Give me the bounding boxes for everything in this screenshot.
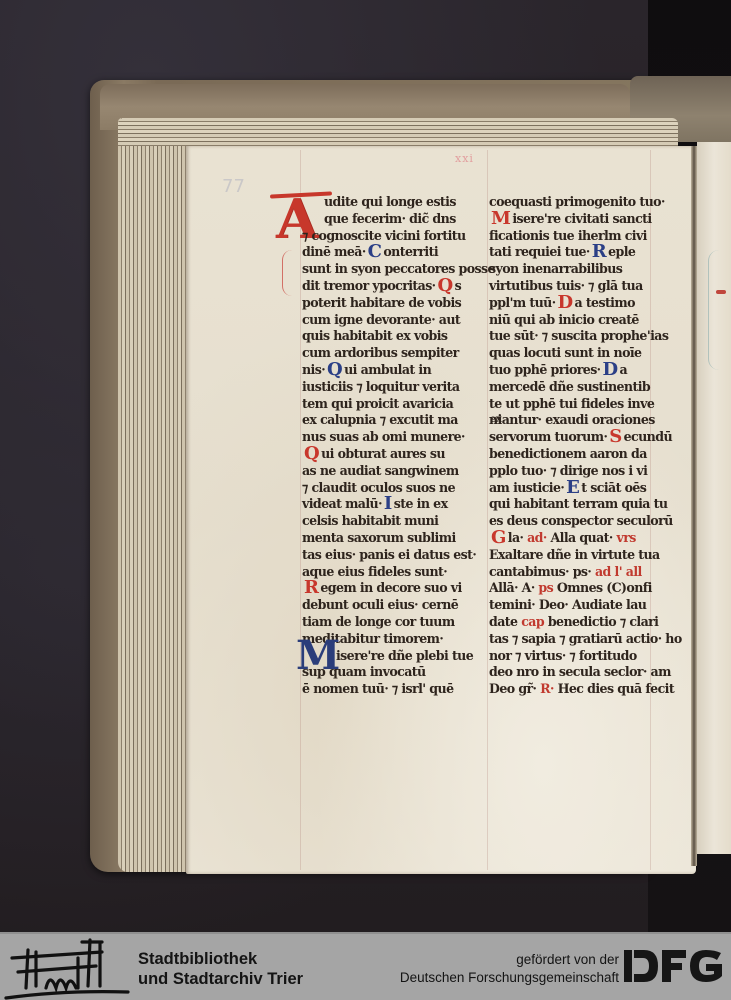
funding-line2: Deutschen Forschungsgemeinschaft xyxy=(400,969,619,987)
manuscript-line: poterit habitare de vobis xyxy=(302,295,486,312)
rubricated-initial: M xyxy=(489,212,512,226)
manuscript-text: Hec dies quā fecit xyxy=(558,681,674,696)
manuscript-text: egem in decore suo vi xyxy=(320,580,461,595)
rubricated-initial: D xyxy=(555,296,574,310)
manuscript-text: benedictio ⁊ clari xyxy=(548,614,659,629)
manuscript-line: sup quam invocatū xyxy=(302,664,486,681)
manuscript-line: que fecerim· dic̃ dns xyxy=(302,211,486,228)
manuscript-text: am iusticie· xyxy=(489,480,564,495)
manuscript-text: tas eius· panis ei datus est· xyxy=(302,547,476,562)
manuscript-line: ficationis tue iherlm civi xyxy=(489,228,649,245)
manuscript-text: tas ⁊ sapia ⁊ gratiarū actio· ho xyxy=(489,631,682,646)
manuscript-line: quas locuti sunt in noīe xyxy=(489,345,649,362)
manuscript-line: sunt in syon peccatores posse xyxy=(302,261,486,278)
manuscript-text: Allā· A· xyxy=(489,580,535,595)
manuscript-line: tas eius· panis ei datus est· xyxy=(302,547,486,564)
manuscript-line: Gla· ad· Alla quat· vrs xyxy=(489,530,649,547)
manuscript-line: nor ⁊ virtus· ⁊ fortitudo xyxy=(489,648,649,665)
manuscript-text: qui habitant terram quia tu xyxy=(489,496,667,511)
manuscript-line: tuo pphē priores·Da xyxy=(489,362,649,379)
rubricated-initial: I xyxy=(382,497,394,511)
manuscript-text: date xyxy=(489,614,517,629)
library-name: Stadtbibliothek und Stadtarchiv Trier xyxy=(138,949,303,989)
manuscript-text: mercedē dñe sustinentib xyxy=(489,379,650,394)
library-name-line2: und Stadtarchiv Trier xyxy=(138,969,303,989)
manuscript-text: a xyxy=(620,362,628,377)
rubricated-initial: G xyxy=(489,531,508,545)
manuscript-text: debunt oculi eius· cernē xyxy=(302,597,458,612)
manuscript-text: deo nro in secula seclor· am xyxy=(489,664,671,679)
page-stack-edge xyxy=(118,118,194,872)
city-skyline-logo-icon xyxy=(4,936,130,1000)
rubric-text: R· xyxy=(540,681,554,696)
manuscript-line: ex calupnia ⁊ excutit maex xyxy=(302,412,486,429)
facing-page-drawing xyxy=(708,250,730,370)
dfg-logo-icon xyxy=(624,948,726,984)
manuscript-text: ste in ex xyxy=(394,496,448,511)
manuscript-line: Qui obturat aures su xyxy=(302,446,486,463)
manuscript-text: servorum tuorum· xyxy=(489,429,607,444)
manuscript-line: Exaltare dñe in virtute tua xyxy=(489,547,649,564)
manuscript-line: nus suas ab omi munere· xyxy=(302,429,486,446)
manuscript-text: nus suas ab omi munere· xyxy=(302,429,465,444)
rubricated-initial: S xyxy=(607,430,623,444)
manuscript-text: que fecerim· dic̃ dns xyxy=(324,211,456,226)
manuscript-text: ui obturat aures su xyxy=(321,446,445,461)
manuscript-line: tem qui proicit avaricia xyxy=(302,396,486,413)
manuscript-line: dinē meā·Conterriti xyxy=(302,244,486,261)
rubricated-initial: R xyxy=(590,245,608,259)
manuscript-line: temini· Deo· Audiate lau xyxy=(489,597,649,614)
manuscript-line: videat malū·Iste in ex xyxy=(302,496,486,513)
manuscript-line: es deus conspector seculorū xyxy=(489,513,649,530)
manuscript-text: a testimo xyxy=(575,295,635,310)
manuscript-text: isere're civitati sancti xyxy=(512,211,651,226)
manuscript-line: Regem in decore suo vi xyxy=(302,580,486,597)
manuscript-line: niū qui ab inicio creatē xyxy=(489,312,649,329)
ruling-line xyxy=(487,150,488,870)
manuscript-text: iusticiis ⁊ loquitur verita xyxy=(302,379,459,394)
manuscript-line: celsis habitabit muni xyxy=(302,513,486,530)
manuscript-text: as ne audiat sangwinem xyxy=(302,463,459,478)
rubricated-initial: Q xyxy=(325,363,344,377)
manuscript-line: servorum tuorum·Secundū xyxy=(489,429,649,446)
manuscript-text: sup quam invocatū xyxy=(302,664,426,679)
manuscript-text: aque eius fideles sunt· xyxy=(302,564,447,579)
manuscript-line: niantur· exaudi oraciones xyxy=(489,412,649,429)
manuscript-text: cum ardoribus sempiter xyxy=(302,345,459,360)
rubric-text: ps xyxy=(538,580,553,595)
manuscript-text: dinē meā· xyxy=(302,244,366,259)
manuscript-line: am iusticie·Et sciāt oēs xyxy=(489,480,649,497)
manuscript-text: Deo gr̃· xyxy=(489,681,536,696)
manuscript-text: nor ⁊ virtus· ⁊ fortitudo xyxy=(489,648,637,663)
manuscript-text: eple xyxy=(608,244,635,259)
manuscript-line: cantabimus· ps· ad l' all xyxy=(489,564,649,581)
pencil-folio-number: 77 xyxy=(222,176,245,197)
manuscript-line: aque eius fideles sunt· xyxy=(302,564,486,581)
manuscript-line: tati requiei tue·Reple xyxy=(489,244,649,261)
manuscript-line: as ne audiat sangwinem xyxy=(302,463,486,480)
manuscript-line: nis·Qui ambulat in xyxy=(302,362,486,379)
manuscript-text: Alla quat· xyxy=(550,530,612,545)
manuscript-line: date cap benedictio ⁊ clari xyxy=(489,614,649,631)
facing-page-edge xyxy=(697,142,731,854)
manuscript-line: tas ⁊ sapia ⁊ gratiarū actio· ho xyxy=(489,631,649,648)
rubricated-initial: Q xyxy=(302,447,321,461)
manuscript-line: ⁊ claudit oculos suos ne xyxy=(302,480,486,497)
manuscript-text: ui ambulat in xyxy=(344,362,431,377)
manuscript-text: isere're dñe plebi tue xyxy=(336,648,473,663)
manuscript-text: quas locuti sunt in noīe xyxy=(489,345,641,360)
manuscript-text: ecundū xyxy=(624,429,672,444)
rubricated-initial: R xyxy=(302,581,320,595)
rubricated-initial: E xyxy=(564,481,581,495)
manuscript-text: ficationis tue iherlm civi xyxy=(489,228,647,243)
manuscript-text: coequasti primogenito tuo· xyxy=(489,194,665,209)
rubricated-initial: C xyxy=(366,245,384,259)
rubric-text: cap xyxy=(521,614,544,629)
rubricated-initial: D xyxy=(600,363,619,377)
manuscript-line: iusticiis ⁊ loquitur verita xyxy=(302,379,486,396)
manuscript-text: ex calupnia ⁊ excutit ma xyxy=(302,412,458,427)
institution-footer: Stadtbibliothek und Stadtarchiv Trier ge… xyxy=(0,932,731,1000)
manuscript-line: qui habitant terram quia tu xyxy=(489,496,649,513)
manuscript-text: tati requiei tue· xyxy=(489,244,590,259)
manuscript-text: pplo tuo· ⁊ dirige nos i vi xyxy=(489,463,647,478)
manuscript-text: cum igne devorante· aut xyxy=(302,312,460,327)
manuscript-line: tiam de longe cor tuum xyxy=(302,614,486,631)
manuscript-line: mercedē dñe sustinentib xyxy=(489,379,649,396)
manuscript-line: syon inenarrabilibus xyxy=(489,261,649,278)
manuscript-line: udite qui longe estis xyxy=(302,194,486,211)
foliation-mark: xxi xyxy=(455,152,474,165)
manuscript-text: es deus conspector seculorū xyxy=(489,513,673,528)
facing-page-rubric-mark xyxy=(716,290,726,294)
manuscript-text: la· xyxy=(508,530,524,545)
manuscript-text: Exaltare dñe in virtute tua xyxy=(489,547,660,562)
funding-statement: gefördert von der Deutschen Forschungsge… xyxy=(400,951,619,987)
manuscript-line: debunt oculi eius· cernē xyxy=(302,597,486,614)
manuscript-text: benedictionem aaron da xyxy=(489,446,647,461)
manuscript-line: tue sūt· ⁊ suscita prophe'ias xyxy=(489,328,649,345)
manuscript-text: sunt in syon peccatores posse xyxy=(302,261,495,276)
manuscript-text: ppl'm tuū· xyxy=(489,295,555,310)
manuscript-text: cantabimus· ps· xyxy=(489,564,591,579)
manuscript-text: niantur· exaudi oraciones xyxy=(489,412,655,427)
manuscript-line: ē nomen tuū· ⁊ isrl' quē xyxy=(302,681,486,698)
manuscript-text: virtutibus tuis· ⁊ glā tua xyxy=(489,278,643,293)
manuscript-text: poterit habitare de vobis xyxy=(302,295,461,310)
text-column-left: udite qui longe estisque fecerim· dic̃ d… xyxy=(302,194,486,698)
rubricated-initial: Q xyxy=(435,279,454,293)
manuscript-text: syon inenarrabilibus xyxy=(489,261,622,276)
manuscript-text: tue sūt· ⁊ suscita prophe'ias xyxy=(489,328,668,343)
manuscript-text: niū qui ab inicio creatē xyxy=(489,312,639,327)
manuscript-line: Deo gr̃· R· Hec dies quā fecit xyxy=(489,681,649,698)
manuscript-text: nis· xyxy=(302,362,325,377)
initial-a-penwork xyxy=(282,250,302,296)
manuscript-text: te ut pphē tui fideles inve xyxy=(489,396,654,411)
page-stack-top-edge xyxy=(118,118,678,146)
manuscript-text: temini· Deo· Audiate lau xyxy=(489,597,646,612)
manuscript-text: tuo pphē priores· xyxy=(489,362,600,377)
manuscript-line: ⁊ cognoscite vicini fortitu xyxy=(302,228,486,245)
rubric-text: ad· xyxy=(527,530,547,545)
manuscript-text: onterriti xyxy=(383,244,438,259)
manuscript-text: udite qui longe estis xyxy=(324,194,456,209)
rubric-text: ad l' all xyxy=(595,564,642,579)
manuscript-line: Allā· A· ps Omnes (C)onfi xyxy=(489,580,649,597)
manuscript-text: s xyxy=(455,278,462,293)
library-name-line1: Stadtbibliothek xyxy=(138,949,303,969)
manuscript-line: menta saxorum sublimi xyxy=(302,530,486,547)
manuscript-text: videat malū· xyxy=(302,496,382,511)
manuscript-text: tiam de longe cor tuum xyxy=(302,614,455,629)
manuscript-text: celsis habitabit muni xyxy=(302,513,438,528)
manuscript-text: Omnes (C)onfi xyxy=(557,580,652,595)
manuscript-line: deo nro in secula seclor· am xyxy=(489,664,649,681)
manuscript-line: Misere're dñe plebi tue xyxy=(302,648,486,665)
manuscript-line: quis habitabit ex vobis xyxy=(302,328,486,345)
rubric-text: vrs xyxy=(616,530,635,545)
manuscript-line: benedictionem aaron da xyxy=(489,446,649,463)
manuscript-text: t sciāt oēs xyxy=(581,480,646,495)
manuscript-text: ⁊ cognoscite vicini fortitu xyxy=(302,228,466,243)
manuscript-line: cum igne devorante· aut xyxy=(302,312,486,329)
manuscript-line: te ut pphē tui fideles inve xyxy=(489,396,649,413)
manuscript-text: dit tremor ypocritas· xyxy=(302,278,435,293)
manuscript-text: ē nomen tuū· ⁊ isrl' quē xyxy=(302,681,453,696)
manuscript-line: coequasti primogenito tuo· xyxy=(489,194,649,211)
manuscript-text: tem qui proicit avaricia xyxy=(302,396,453,411)
manuscript-text: ⁊ claudit oculos suos ne xyxy=(302,480,455,495)
funding-line1: gefördert von der xyxy=(400,951,619,969)
manuscript-line: Misere're civitati sancti xyxy=(489,211,649,228)
manuscript-line: ppl'm tuū·Da testimo xyxy=(489,295,649,312)
manuscript-text: menta saxorum sublimi xyxy=(302,530,456,545)
manuscript-text: quis habitabit ex vobis xyxy=(302,328,447,343)
manuscript-line: dit tremor ypocritas·Qs xyxy=(302,278,486,295)
text-column-right: coequasti primogenito tuo·Misere're civi… xyxy=(489,194,649,698)
